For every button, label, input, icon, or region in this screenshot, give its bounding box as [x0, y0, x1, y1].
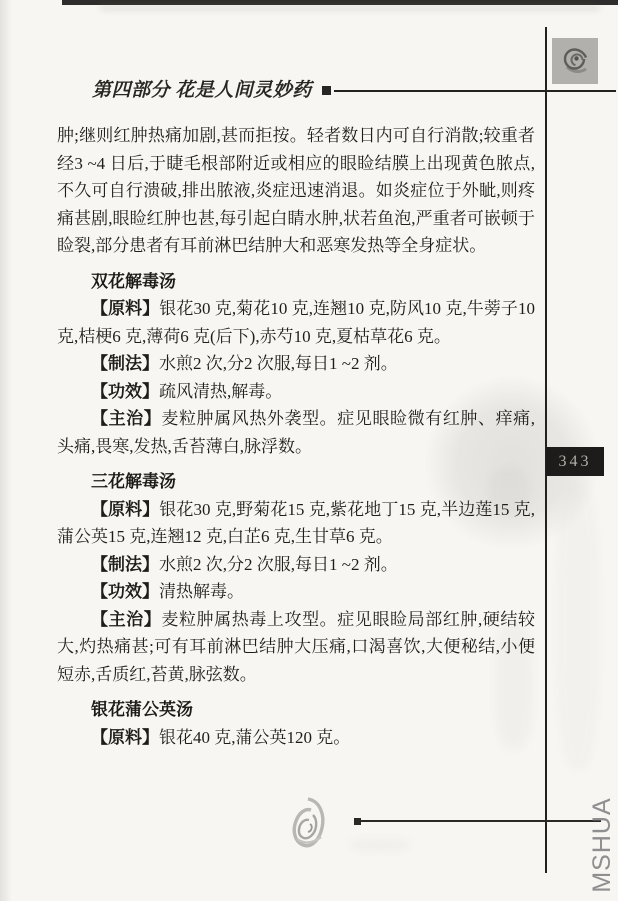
entry-label: 【功效】: [91, 382, 159, 401]
book-page: 第四部分 花是人间灵妙药 343 肿;继则红肿热痛加剧,甚而拒按。轻者数日内可自…: [0, 0, 618, 901]
publisher-shell-logo-icon: [283, 795, 333, 853]
entry-label: 【主治】: [91, 610, 161, 629]
bleed-through-artifact: [556, 480, 600, 770]
page-title: 第四部分 花是人间灵妙药: [92, 75, 312, 102]
recipe-title: 双花解毒汤: [57, 268, 535, 296]
bleed-through-artifact: [350, 838, 410, 852]
page-number-badge: 343: [546, 447, 604, 476]
recipe-entry: 【功效】疏风清热,解毒。: [57, 378, 535, 406]
recipe-entry: 【主治】麦粒肿属风热外袭型。症见眼睑微有红肿、痒痛,头痛,畏寒,发热,舌苔薄白,…: [57, 405, 535, 460]
recipe-title: 三花解毒汤: [57, 468, 535, 496]
recipe-entry: 【制法】水煎2 次,分2 次服,每日1 ~2 剂。: [57, 551, 535, 579]
recipe-entry: 【原料】银花30 克,野菊花15 克,紫花地丁15 克,半边莲15 克,蒲公英1…: [57, 496, 535, 551]
entry-text: 银花40 克,蒲公英120 克。: [159, 728, 350, 747]
entry-text: 水煎2 次,分2 次服,每日1 ~2 剂。: [159, 354, 398, 373]
intro-paragraph: 肿;继则红肿热痛加剧,甚而拒按。轻者数日内可自行消散;较重者经3 ~4 日后,于…: [57, 122, 535, 260]
entry-text: 水煎2 次,分2 次服,每日1 ~2 剂。: [159, 555, 398, 574]
square-bullet-icon: [322, 86, 331, 95]
scan-watermark-text: MSHUA: [588, 790, 616, 900]
entry-label: 【主治】: [91, 409, 161, 428]
entry-text: 清热解毒。: [159, 582, 244, 601]
entry-label: 【原料】: [91, 728, 159, 747]
header-rule: [334, 90, 616, 92]
entry-label: 【原料】: [91, 299, 159, 318]
recipe-entry: 【功效】清热解毒。: [57, 578, 535, 606]
end-rule-square-icon: [354, 818, 361, 825]
entry-label: 【功效】: [91, 582, 159, 601]
shell-stamp-icon: [552, 38, 598, 84]
entry-label: 【原料】: [91, 500, 159, 519]
scan-edge-shadow: [100, 5, 600, 11]
entry-text: 疏风清热,解毒。: [159, 382, 282, 401]
recipe-entry: 【制法】水煎2 次,分2 次服,每日1 ~2 剂。: [57, 350, 535, 378]
recipe-entry: 【原料】银花30 克,菊花10 克,连翘10 克,防风10 克,牛蒡子10 克,…: [57, 295, 535, 350]
page-header: 第四部分 花是人间灵妙药: [92, 75, 312, 102]
entry-label: 【制法】: [91, 555, 159, 574]
scan-edge-left: [0, 0, 12, 901]
body-text-column: 肿;继则红肿热痛加剧,甚而拒按。轻者数日内可自行消散;较重者经3 ~4 日后,于…: [57, 122, 535, 751]
recipe-title: 银花蒲公英汤: [57, 696, 535, 724]
recipe-entry: 【主治】麦粒肿属热毒上攻型。症见眼睑局部红肿,硬结较大,灼热痛甚;可有耳前淋巴结…: [57, 606, 535, 689]
recipe-entry: 【原料】银花40 克,蒲公英120 克。: [57, 724, 535, 752]
entry-label: 【制法】: [91, 354, 159, 373]
end-rule: [361, 820, 601, 822]
page-number: 343: [559, 453, 592, 471]
